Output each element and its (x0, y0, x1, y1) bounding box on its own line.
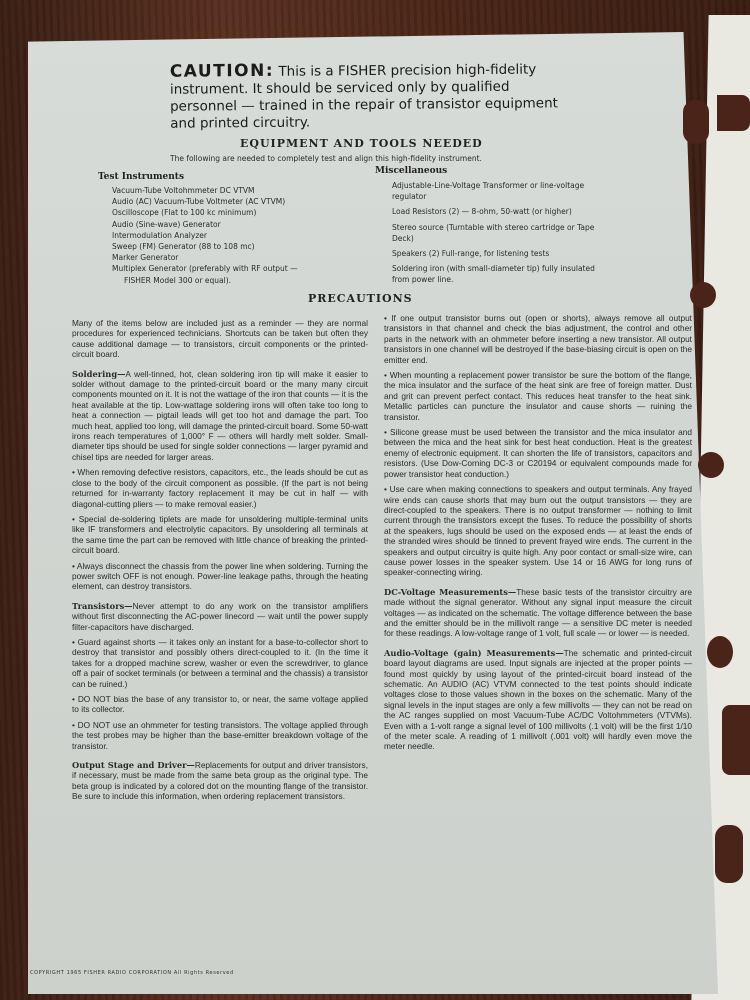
list-item: Sweep (FM) Generator (88 to 108 mc) (112, 241, 372, 252)
binder-hole (707, 636, 733, 668)
list-item: Audio (AC) Vacuum-Tube Voltmeter (AC VTV… (112, 196, 372, 207)
list-item: Speakers (2) Full-range, for listening t… (392, 248, 607, 259)
paragraph-text: • Silicone grease must be used between t… (384, 427, 692, 479)
list-item: Stereo source (Turntable with stereo car… (392, 222, 607, 244)
test-instruments-list: Vacuum-Tube Voltohmmeter DC VTVM Audio (… (112, 185, 372, 286)
list-item: Audio (Sine-wave) Generator (112, 219, 372, 230)
precaution-paragraph: • If one output transistor burns out (op… (384, 313, 692, 365)
precaution-paragraph: Soldering—A well-tinned, hot, clean sold… (72, 369, 368, 463)
precaution-paragraph: Output Stage and Driver—Replacements for… (72, 760, 368, 802)
paragraph-heading: Soldering— (72, 369, 125, 379)
precaution-paragraph: Audio-Voltage (gain) Measurements—The sc… (384, 648, 692, 752)
paragraph-heading: Audio-Voltage (gain) Measurements— (384, 648, 564, 658)
list-item: Load Resistors (2) — 8-ohm, 50-watt (or … (392, 206, 607, 217)
page-gap-bottom (722, 705, 750, 775)
list-item: Marker Generator (112, 252, 372, 263)
precaution-paragraph: Transistors—Never attempt to do any work… (72, 601, 368, 632)
paragraph-text: • Use care when making connections to sp… (384, 484, 692, 577)
list-item: Vacuum-Tube Voltohmmeter DC VTVM (112, 185, 372, 196)
paragraph-heading: DC-Voltage Measurements— (384, 587, 516, 597)
list-item: Adjustable-Line-Voltage Transformer or l… (392, 180, 607, 202)
paragraph-text: • DO NOT use an ohmmeter for testing tra… (72, 720, 368, 751)
binder-hole (690, 282, 716, 308)
caution-label: CAUTION: (170, 61, 274, 82)
precautions-left-column: Many of the items below are included jus… (72, 318, 368, 807)
paragraph-text: • DO NOT bias the base of any transistor… (72, 694, 368, 714)
paragraph-text: • When mounting a replacement power tran… (384, 370, 692, 422)
paragraph-text: Many of the items below are included jus… (72, 318, 368, 359)
precaution-paragraph: • Use care when making connections to sp… (384, 484, 692, 578)
miscellaneous-heading: Miscellaneous (375, 166, 447, 176)
caution-notice: CAUTION: This is a FISHER precision high… (170, 60, 571, 132)
precaution-paragraph: • DO NOT use an ohmmeter for testing tra… (72, 720, 368, 751)
paragraph-text: The schematic and printed-circuit board … (384, 648, 692, 752)
binder-hole (715, 825, 743, 883)
precaution-paragraph: • Guard against shorts — it takes only a… (72, 637, 368, 689)
precaution-paragraph: • When mounting a replacement power tran… (384, 370, 692, 422)
precautions-title: PRECAUTIONS (308, 292, 413, 305)
precaution-paragraph: • DO NOT bias the base of any transistor… (72, 694, 368, 715)
test-instruments-heading: Test Instruments (98, 172, 184, 182)
precaution-paragraph: • Silicone grease must be used between t… (384, 427, 692, 479)
list-item: Oscilloscope (Flat to 100 kc minimum) (112, 207, 372, 218)
precautions-right-column: • If one output transistor burns out (op… (384, 313, 692, 757)
paragraph-text: • Guard against shorts — it takes only a… (72, 637, 368, 689)
miscellaneous-list: Adjustable-Line-Voltage Transformer or l… (392, 180, 607, 290)
paragraph-heading: Transistors— (72, 601, 133, 611)
paragraph-text: • If one output transistor burns out (op… (384, 313, 692, 365)
list-item: Intermodulation Analyzer (112, 230, 372, 241)
precaution-paragraph: • Special de-soldering tiplets are made … (72, 514, 368, 556)
list-item: Multiplex Generator (preferably with RF … (112, 263, 372, 274)
binder-hole (683, 100, 709, 144)
binder-hole (698, 452, 724, 478)
precaution-paragraph: DC-Voltage Measurements—These basic test… (384, 587, 692, 639)
list-item: Soldering iron (with small-diameter tip)… (392, 263, 607, 285)
paragraph-text: • When removing defective resistors, cap… (72, 467, 368, 508)
precaution-paragraph: • When removing defective resistors, cap… (72, 467, 368, 509)
paragraph-text: • Always disconnect the chassis from the… (72, 561, 368, 592)
precaution-paragraph: Many of the items below are included jus… (72, 318, 368, 360)
equipment-title: EQUIPMENT AND TOOLS NEEDED (240, 137, 483, 150)
paragraph-text: A well-tinned, hot, clean soldering iron… (72, 369, 368, 462)
paragraph-heading: Output Stage and Driver— (72, 760, 195, 770)
equipment-subtitle: The following are needed to completely t… (170, 154, 482, 163)
copyright-footer: COPYRIGHT 1965 FISHER RADIO CORPORATION … (30, 970, 234, 976)
list-item: FISHER Model 300 or equal). (112, 275, 372, 286)
paragraph-text: • Special de-soldering tiplets are made … (72, 514, 368, 555)
precaution-paragraph: • Always disconnect the chassis from the… (72, 561, 368, 592)
